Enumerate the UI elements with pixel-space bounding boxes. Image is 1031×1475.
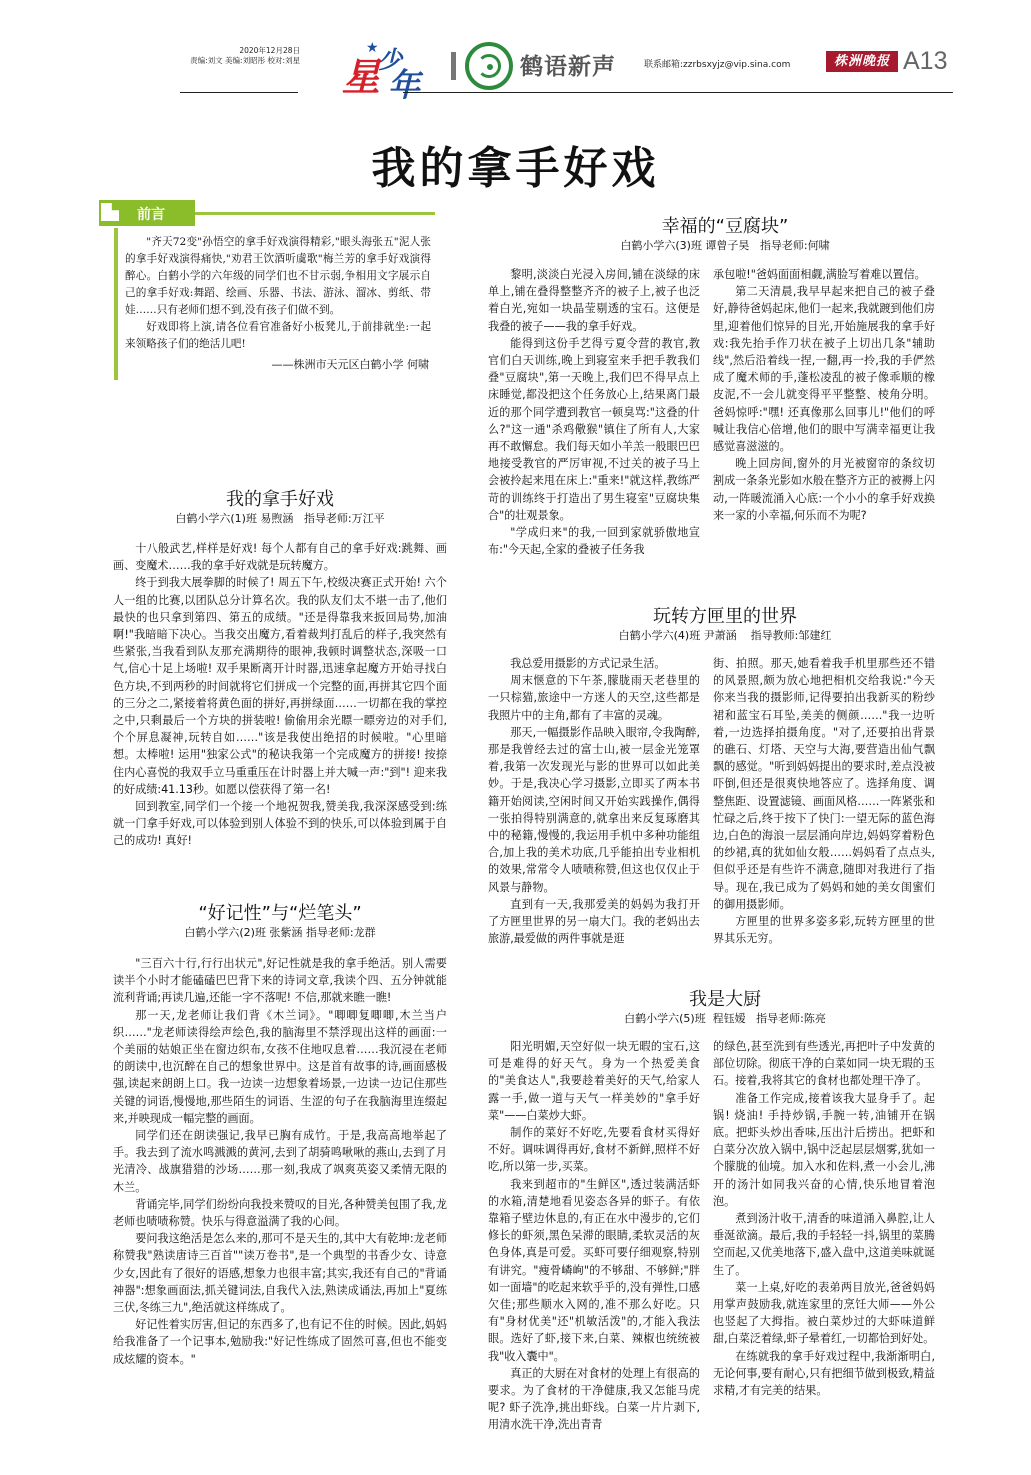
- masthead-rule-left: [180, 92, 298, 93]
- article-paragraph: 真正的大厨在对食材的处理上有很高的要求。为了食材的干净健康,我又怎能马虎呢? 虾…: [488, 1365, 700, 1434]
- issue-meta: 2020年12月28日 责编:刘文 美编:刘昭彤 校对:刘星: [180, 46, 300, 66]
- article-title: 玩转方匣里的世界: [505, 602, 945, 628]
- article-paragraph: 晚上回房间,窗外的月光被窗帘的条纹切割成一条条光影如水般在整齐方正的被褥上闪动,…: [713, 455, 935, 524]
- article-title: 我是大厨: [505, 985, 945, 1011]
- article-paragraph: 能得到这份手艺得亏夏令营的教官,教官们白天训练,晚上到寝室来手把手教我们叠"豆腐…: [488, 335, 700, 524]
- article-paragraph: 好记性着实厉害,但记的东西多了,也有记不住的时候。因此,妈妈给我准备了一个记事本…: [113, 1316, 447, 1368]
- masthead: 2020年12月28日 责编:刘文 美编:刘昭彤 校对:刘星 星 ★ 少 年 鹤…: [0, 0, 1031, 110]
- logo-divider: [451, 52, 456, 80]
- xingshaonian-logo: 星 ★ 少 年: [342, 40, 442, 100]
- article-paragraph: 准备工作完成,接着该我大显身手了。起锅! 烧油! 手持炒锅,手腕一转,油铺开在锅…: [713, 1090, 935, 1210]
- masthead-rule-right: [403, 92, 953, 93]
- column-name: 鹤语新声: [520, 48, 616, 81]
- preface-tab: 前言: [99, 200, 195, 226]
- page-number: A13: [903, 47, 947, 76]
- page-headline: 我的拿手好戏: [0, 132, 1031, 196]
- paper-logo: 株洲晚报: [826, 51, 898, 72]
- article-paragraph: 直到有一天,我那爱美的妈妈为我打开了方匣里世界的另一扇大门。我的老妈出去旅游,最…: [488, 896, 700, 948]
- school-emblem-icon: [465, 42, 513, 90]
- article-body-col1: 黎明,淡淡白光浸入房间,铺在淡绿的床单上,铺在叠得整整齐齐的被子上,被子也泛着白…: [488, 266, 700, 558]
- arrow-corner-icon: [101, 203, 119, 221]
- contact-email: 联系邮箱:zzrbsxyjz@vip.sina.com: [644, 57, 790, 70]
- article-body-col2: 街、拍照。那天,她看着我手机里那些还不错的风景照,颇为放心地把相机交给我说:"今…: [713, 655, 935, 947]
- article-byline: 白鹤小学六(3)班 谭曾子昊 指导老师:何啸: [505, 237, 945, 253]
- preface-signature: ——株洲市天元区白鹤小学 何啸: [272, 356, 430, 372]
- preface-paragraph: "齐天72变"孙悟空的拿手好戏演得精彩,"眼头海张五"泥人张的拿手好戏演得痛快,…: [125, 234, 431, 319]
- article-paragraph: 第二天清晨,我早早起来把自己的被子叠好,静待爸妈起床,他们一起来,我就踱到他们房…: [713, 283, 935, 455]
- article-paragraph: 制作的菜好不好吃,先要看食材买得好不好。调味调得再好,食材不新鲜,照样不好吃,所…: [488, 1124, 700, 1176]
- article-paragraph: 那一天,龙老师让我们背《木兰词》。"唧唧复唧唧,木兰当户织……"龙老师读得绘声绘…: [113, 1007, 447, 1127]
- article-paragraph: 终于到我大展拳脚的时候了! 周五下午,校级决赛正式开始! 六个人一组的比赛,以团…: [113, 574, 447, 798]
- article-paragraph: "学成归来"的我,一回到家就骄傲地宣布:"今天起,全家的叠被子任务我: [488, 524, 700, 558]
- preface-border-left: [114, 228, 118, 380]
- article-byline: 白鹤小学六(2)班 张紫涵 指导老师:龙群: [100, 924, 460, 940]
- article-paragraph: 背诵完毕,同学们纷纷向我投来赞叹的目光,各种赞美包围了我,龙老师也啧啧称赞。快乐…: [113, 1196, 447, 1230]
- article-paragraph: 周末惬意的下午茶,朦胧雨天老巷里的一只棕猫,旅途中一方迷人的天空,这些都是我照片…: [488, 672, 700, 724]
- article-byline: 白鹤小学六(5)班 程钰嫒 指导老师:陈亮: [505, 1010, 945, 1026]
- article-paragraph: "三百六十行,行行出状元",好记性就是我的拿手绝活。别人需要读半个小时才能磕磕巴…: [113, 955, 447, 1007]
- logo-char-nian: 年: [388, 60, 420, 106]
- preface-body: "齐天72变"孙悟空的拿手好戏演得精彩,"眼头海张五"泥人张的拿手好戏演得痛快,…: [125, 234, 431, 353]
- article-byline: 白鹤小学六(1)班 易煦涵 指导老师:万江平: [100, 510, 460, 526]
- article-paragraph: 要问我这绝活是怎么来的,那可不是天生的,其中大有乾坤:龙老师称赞我"熟读唐诗三百…: [113, 1230, 447, 1316]
- preface-border-top: [195, 212, 435, 215]
- article-paragraph: 那天,一幅摄影作品映入眼帘,令我陶醉,那是我曾经去过的富士山,被一层金光笼罩着,…: [488, 724, 700, 896]
- preface-box: 前言 "齐天72变"孙悟空的拿手好戏演得精彩,"眼头海张五"泥人张的拿手好戏演得…: [99, 200, 435, 380]
- article-title: 我的拿手好戏: [100, 485, 460, 511]
- article-title: “好记性”与“烂笔头”: [100, 899, 460, 925]
- article-paragraph: 方匣里的世界多姿多彩,玩转方匣里的世界其乐无穷。: [713, 913, 935, 947]
- article-paragraph: 承包啦!"爸妈面面相觑,满脸写着难以置信。: [713, 266, 935, 283]
- article-paragraph: 在练就我的拿手好戏过程中,我渐渐明白,无论何事,要有耐心,只有把细节做到极致,精…: [713, 1348, 935, 1400]
- issue-date: 2020年12月28日: [180, 46, 300, 56]
- article-paragraph: 煮到汤汁收干,清香的味道涌入鼻腔,让人垂涎欲滴。最后,我的手轻轻一抖,锅里的菜腾…: [713, 1210, 935, 1279]
- article-paragraph: 阳光明媚,天空好似一块无暇的宝石,这可是难得的好天气。身为一个热爱美食的"美食达…: [488, 1038, 700, 1124]
- article-paragraph: 十八般武艺,样样是好戏! 每个人都有自己的拿手好戏:跳舞、画画、变魔术……我的拿…: [113, 540, 447, 574]
- article-title: 幸福的“豆腐块”: [505, 212, 945, 238]
- article-paragraph: 菜一上桌,好吃的表弟两目放光,爸爸妈妈用掌声鼓励我,就连家里的烹饪大师——外公也…: [713, 1279, 935, 1348]
- article-body-col1: 阳光明媚,天空好似一块无暇的宝石,这可是难得的好天气。身为一个热爱美食的"美食达…: [488, 1038, 700, 1434]
- article-paragraph: 我来到超市的"生鲜区",透过装满活虾的水箱,清楚地看见姿态各异的虾子。有依靠箱子…: [488, 1176, 700, 1365]
- article-body-col1: 我总爱用摄影的方式记录生活。 周末惬意的下午茶,朦胧雨天老巷里的一只棕猫,旅途中…: [488, 655, 700, 947]
- article-body-col2: 承包啦!"爸妈面面相觑,满脸写着难以置信。 第二天清晨,我早早起来把自己的被子叠…: [713, 266, 935, 524]
- article-paragraph: 黎明,淡淡白光浸入房间,铺在淡绿的床单上,铺在叠得整整齐齐的被子上,被子也泛着白…: [488, 266, 700, 335]
- article-paragraph: 街、拍照。那天,她看着我手机里那些还不错的风景照,颇为放心地把相机交给我说:"今…: [713, 655, 935, 913]
- article-byline: 白鹤小学六(4)班 尹萧涵 指导教师:邹建红: [505, 627, 945, 643]
- article-body: "三百六十行,行行出状元",好记性就是我的拿手绝活。别人需要读半个小时才能磕磕巴…: [113, 955, 447, 1368]
- article-paragraph: 回到教室,同学们一个接一个地祝贺我,赞美我,我深深感受到:练就一门拿手好戏,可以…: [113, 798, 447, 850]
- article-paragraph: 同学们还在朗读强记,我早已胸有成竹。于是,我高高地举起了手。我去到了流水鸣溅溅的…: [113, 1127, 447, 1196]
- editors-credit: 责编:刘文 美编:刘昭彤 校对:刘星: [180, 56, 300, 66]
- star-icon: ★: [366, 40, 379, 56]
- article-paragraph: 我总爱用摄影的方式记录生活。: [488, 655, 700, 672]
- preface-label: 前言: [137, 204, 165, 224]
- article-paragraph: 的绿色,甚至洗到有些透光,再把叶子中发黄的部位切除。彻底干净的白菜如同一块无瑕的…: [713, 1038, 935, 1090]
- article-body-col2: 的绿色,甚至洗到有些透光,再把叶子中发黄的部位切除。彻底干净的白菜如同一块无瑕的…: [713, 1038, 935, 1399]
- preface-paragraph: 好戏即将上演,请各位看官准备好小板凳儿,于前排就坐:一起来领略孩子们的绝活儿吧!: [125, 319, 431, 353]
- article-body: 十八般武艺,样样是好戏! 每个人都有自己的拿手好戏:跳舞、画画、变魔术……我的拿…: [113, 540, 447, 850]
